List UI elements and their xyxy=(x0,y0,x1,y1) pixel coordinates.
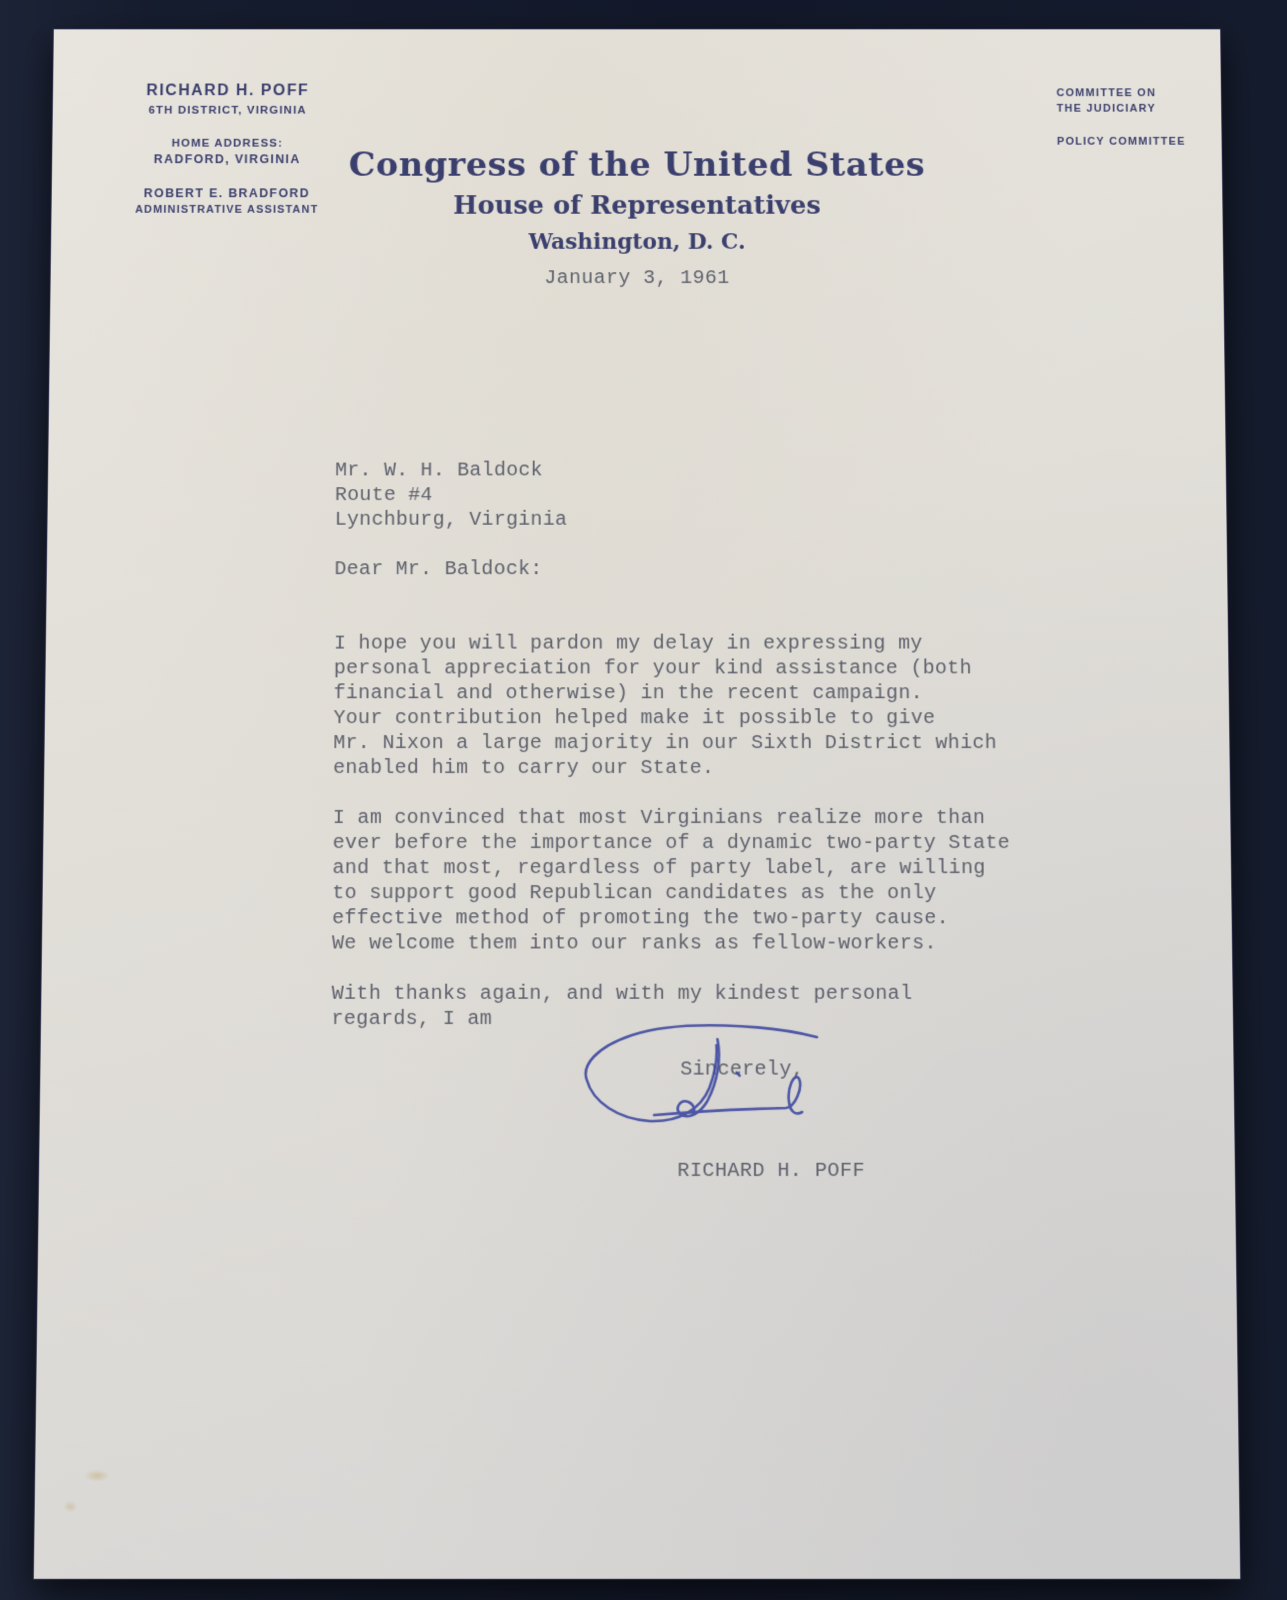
member-district: 6TH DISTRICT, VIRGINIA xyxy=(82,105,373,117)
recipient-address: Mr. W. H. Baldock Route #4 Lynchburg, Vi… xyxy=(335,459,1091,533)
valediction: Sincerely, xyxy=(331,1057,1096,1082)
committee-line1: COMMITTEE ON xyxy=(1056,87,1214,99)
org-title: Congress of the United States xyxy=(52,146,1222,185)
org-subtitle: House of Representatives xyxy=(51,191,1222,220)
signature-typed-name: RICHARD H. POFF xyxy=(330,1159,1097,1184)
letterhead-center-block: Congress of the United States House of R… xyxy=(50,146,1223,290)
org-location: Washington, D. C. xyxy=(51,229,1223,254)
salutation: Dear Mr. Baldock: xyxy=(334,557,1091,582)
photo-of-letter: { "colors": { "background": "#121829", "… xyxy=(0,0,1287,1600)
member-name: RICHARD H. POFF xyxy=(82,83,373,100)
letter-date: January 3, 1961 xyxy=(50,267,1223,289)
paragraph-2: I am convinced that most Virginians real… xyxy=(332,806,1095,956)
letterhead-right-block: COMMITTEE ON THE JUDICIARY POLICY COMMIT… xyxy=(1056,87,1214,147)
committee-line2: THE JUDICIARY xyxy=(1057,103,1215,115)
paragraph-3: With thanks again, and with my kindest p… xyxy=(331,982,1095,1032)
paper-stain xyxy=(84,1469,111,1481)
paper-stain xyxy=(63,1500,77,1512)
letter-page: RICHARD H. POFF 6TH DISTRICT, VIRGINIA H… xyxy=(34,29,1240,1578)
paragraph-1: I hope you will pardon my delay in expre… xyxy=(333,632,1093,781)
letter-body: Mr. W. H. Baldock Route #4 Lynchburg, Vi… xyxy=(330,459,1097,1184)
